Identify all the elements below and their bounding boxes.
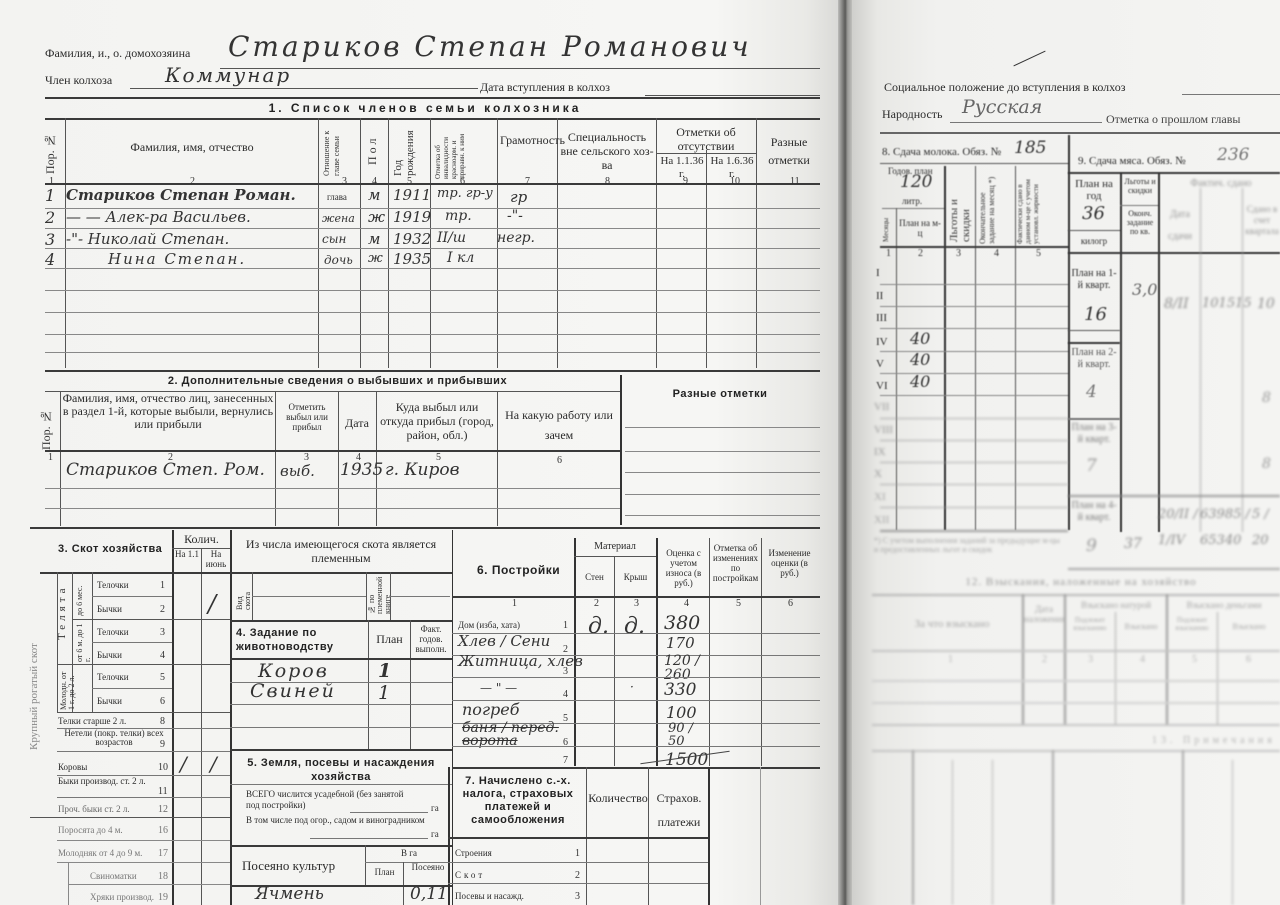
meat-plan-year: 36	[1082, 203, 1105, 224]
section8-title: 8. Сдача молока. Обяз. №	[882, 146, 1001, 158]
col-por-no: Пор. №	[43, 124, 57, 174]
member-name: Стариков Степан Роман.	[66, 186, 296, 204]
cattle-group-label: Крупный рогатый скот	[30, 620, 39, 750]
s2-col-work: На какую работу или зачем	[500, 405, 618, 445]
left-page: Фамилия, и., о. домохозяина Стариков Сте…	[0, 0, 840, 905]
member-label: Член колхоза	[45, 73, 112, 88]
col-invalid: Отметка об инвалидности красноарм. и при…	[434, 119, 494, 179]
land-garden-label: В том числе под огор., садом и виноградн…	[246, 815, 426, 826]
col-fio: Фамилия, имя, отчество	[66, 140, 318, 155]
col-sex: Пол	[368, 135, 377, 165]
calves-label: Телята	[58, 580, 67, 640]
section2-title: 2. Дополнительные сведения о выбывших и …	[60, 375, 615, 387]
col-misc: Разные отметки	[758, 133, 820, 169]
s2-col-status: Отметить выбыл или прибыл	[278, 402, 336, 432]
departed-name: Стариков Степ. Ром.	[66, 460, 265, 480]
s2-col-where: Куда выбыл или откуда прибыл (город, рай…	[378, 400, 496, 442]
s2-col-fio: Фамилия, имя, отчество лиц, занесенных в…	[62, 392, 274, 431]
member-name: Нина Степан.	[108, 250, 246, 268]
section1-title: 1. Список членов семьи колхозника	[200, 101, 650, 115]
section5-title: 5. Земля, посевы и насаждения хозяйства	[232, 756, 450, 784]
section4-title: 4. Задание по животноводству	[236, 626, 366, 654]
col-literacy: Грамотность	[500, 132, 554, 148]
householder-value: Стариков Степан Романович	[228, 30, 752, 63]
land-total-label: ВСЕГО числится усадебной (без занятой по…	[246, 789, 406, 811]
milk-footnote: *) С учетом выполнения заданий за предыд…	[874, 536, 1064, 554]
col-absence: Отметки об отсутствии	[658, 125, 754, 153]
householder-label: Фамилия, и., о. домохозяина	[45, 46, 190, 61]
col-absence-jan: На 1.1.36 г.	[658, 155, 706, 181]
section6-title: 6. Постройки	[477, 563, 560, 577]
col-specialty: Специальность вне сельского хоз-ва	[560, 130, 654, 172]
past-mark-label: Отметка о прошлом главы	[1106, 112, 1240, 127]
right-page: Социальное положение до вступления в кол…	[852, 0, 1280, 905]
milk-obligation-no: 185	[1014, 138, 1046, 158]
s2-col-por-no: Пор. №	[39, 405, 53, 450]
social-label: Социальное положение до вступления в кол…	[884, 80, 1125, 95]
member-value: Коммунар	[165, 63, 291, 87]
col-relation: Отношение к главе семьи	[322, 121, 356, 176]
section9-title: 9. Сдача мяса. Обяз. №	[1078, 155, 1186, 167]
nationality-label: Народность	[882, 107, 943, 122]
section13-title: 13. Примечания	[1152, 735, 1276, 746]
col-birth-year: Год рождения	[392, 121, 426, 176]
join-date-label: Дата вступления в колхоз	[480, 80, 610, 95]
breeding-title: Из числа имеющегося скота является племе…	[232, 537, 450, 565]
meat-obligation-no: 236	[1217, 145, 1249, 165]
member-name: -"- Николай Степан.	[66, 230, 229, 248]
s2-misc-title: Разные отметки	[625, 388, 815, 400]
section7-title: 7. Начислено с.-х. налога, страховых пла…	[452, 775, 584, 827]
milk-annual-plan: 120	[900, 172, 932, 192]
section3-title: 3. Скот хозяйства	[58, 543, 162, 555]
member-name: — — Алек-ра Васильев.	[66, 208, 251, 226]
qty-header: Колич.	[173, 532, 230, 547]
nationality-value: Русская	[962, 96, 1042, 118]
section12-title: 12. Взыскания, наложенные на хозяйство	[882, 576, 1280, 588]
s2-col-date: Дата	[338, 416, 376, 431]
sown-label: Посеяно культур	[242, 858, 335, 874]
